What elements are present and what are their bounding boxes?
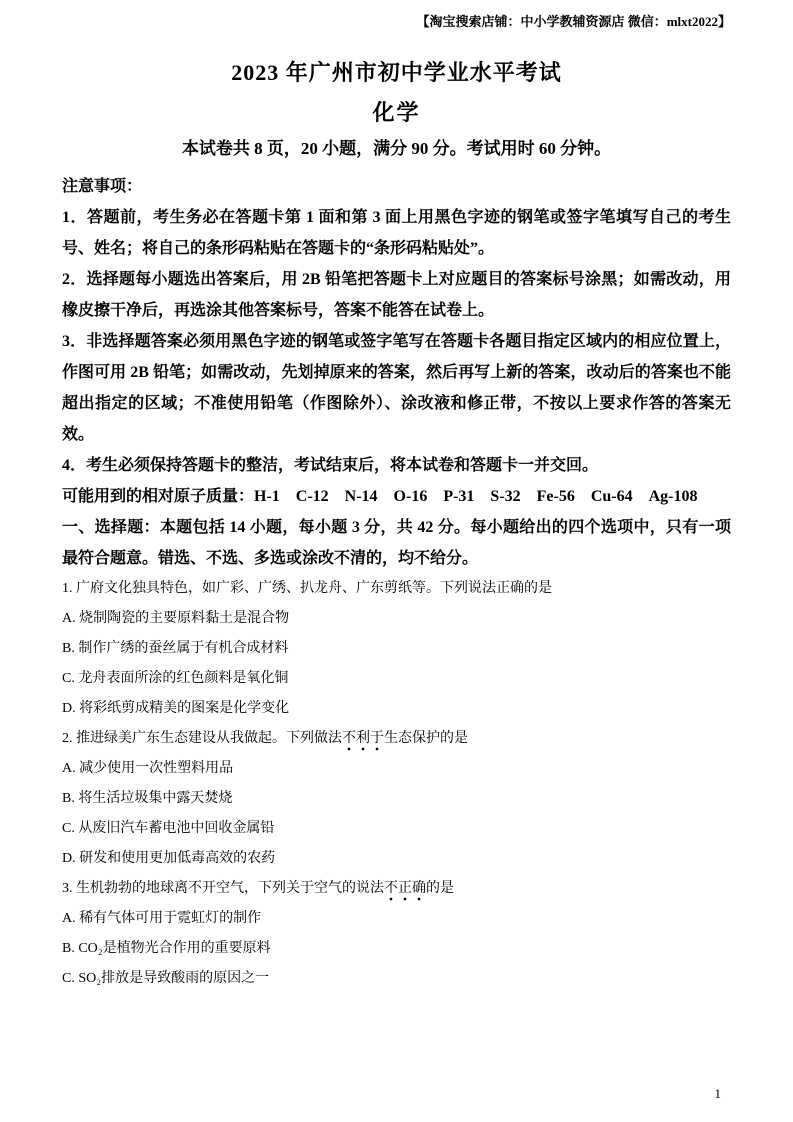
question-1-stem-text: 1. 广府文化独具特色，如广彩、广绣、扒龙舟、广东剪纸等。下列说法正确的是 xyxy=(62,581,552,596)
notice-heading: 注意事项： xyxy=(62,171,731,202)
question-2: 2. 推进绿美广东生态建设从我做起。下列做法不利于生态保护的是 A. 减少使用一… xyxy=(62,724,731,874)
question-1: 1. 广府文化独具特色，如广彩、广绣、扒龙舟、广东剪纸等。下列说法正确的是 A.… xyxy=(62,574,731,724)
question-3-option-b: B. CO₂是植物光合作用的重要原料 xyxy=(62,934,731,964)
section-1-heading: 一、选择题：本题包括 14 小题，每小题 3 分，共 42 分。每小题给出的四个… xyxy=(62,512,731,574)
question-2-stem-text: 2. 推进绿美广东生态建设从我做起。下列做法 xyxy=(62,731,342,746)
question-1-stem: 1. 广府文化独具特色，如广彩、广绣、扒龙舟、广东剪纸等。下列说法正确的是 xyxy=(62,574,731,604)
question-3-option-a: A. 稀有气体可用于霓虹灯的制作 xyxy=(62,904,731,934)
exam-document-page: 【淘宝搜索店铺：中小学教辅资源店 微信：mlxt2022】 2023 年广州市初… xyxy=(0,0,793,1122)
notice-item-3: 3．非选择题答案必须用黑色字迹的钢笔或签字笔写在答题卡各题目指定区域内的相应位置… xyxy=(62,326,731,450)
question-1-option-d: D. 将彩纸剪成精美的图案是化学变化 xyxy=(62,694,731,724)
question-1-option-a: A. 烧制陶瓷的主要原料黏土是混合物 xyxy=(62,604,731,634)
question-2-option-b: B. 将生活垃圾集中露天焚烧 xyxy=(62,784,731,814)
question-2-stem-emphasis: 不利于 xyxy=(342,731,384,751)
question-3-stem: 3. 生机勃勃的地球离不开空气，下列关于空气的说法不正确的是 xyxy=(62,874,731,904)
question-1-option-c: C. 龙舟表面所涂的红色颜料是氧化铜 xyxy=(62,664,731,694)
store-watermark: 【淘宝搜索店铺：中小学教辅资源店 微信：mlxt2022】 xyxy=(62,12,731,32)
question-2-option-d: D. 研发和使用更加低毒高效的农药 xyxy=(62,844,731,874)
question-3: 3. 生机勃勃的地球离不开空气，下列关于空气的说法不正确的是 A. 稀有气体可用… xyxy=(62,874,731,994)
exam-subject: 化学 xyxy=(62,98,731,128)
notice-section: 注意事项： 1．答题前，考生务必在答题卡第 1 面和第 3 面上用黑色字迹的钢笔… xyxy=(62,171,731,481)
question-3-stem-text: 3. 生机勃勃的地球离不开空气，下列关于空气的说法 xyxy=(62,881,384,896)
question-2-stem: 2. 推进绿美广东生态建设从我做起。下列做法不利于生态保护的是 xyxy=(62,724,731,754)
question-3-stem-tail: 的是 xyxy=(426,881,454,896)
question-3-option-c: C. SO₂排放是导致酸雨的原因之一 xyxy=(62,964,731,994)
page-number: 1 xyxy=(715,1086,722,1102)
question-2-stem-tail: 生态保护的是 xyxy=(384,731,468,746)
exam-title: 2023 年广州市初中学业水平考试 xyxy=(62,58,731,88)
notice-item-1: 1．答题前，考生务必在答题卡第 1 面和第 3 面上用黑色字迹的钢笔或签字笔填写… xyxy=(62,202,731,264)
exam-info-line: 本试卷共 8 页，20 小题，满分 90 分。考试用时 60 分钟。 xyxy=(62,137,731,161)
question-1-option-b: B. 制作广绣的蚕丝属于有机合成材料 xyxy=(62,634,731,664)
question-2-option-a: A. 减少使用一次性塑料用品 xyxy=(62,754,731,784)
notice-item-4: 4．考生必须保持答题卡的整洁，考试结束后，将本试卷和答题卡一并交回。 xyxy=(62,450,731,481)
question-3-stem-emphasis: 不正确 xyxy=(384,881,426,901)
notice-item-2: 2．选择题每小题选出答案后，用 2B 铅笔把答题卡上对应题目的答案标号涂黑；如需… xyxy=(62,264,731,326)
atomic-masses-line: 可能用到的相对原子质量：H-1 C-12 N-14 O-16 P-31 S-32… xyxy=(62,481,731,512)
question-2-option-c: C. 从废旧汽车蓄电池中回收金属铅 xyxy=(62,814,731,844)
